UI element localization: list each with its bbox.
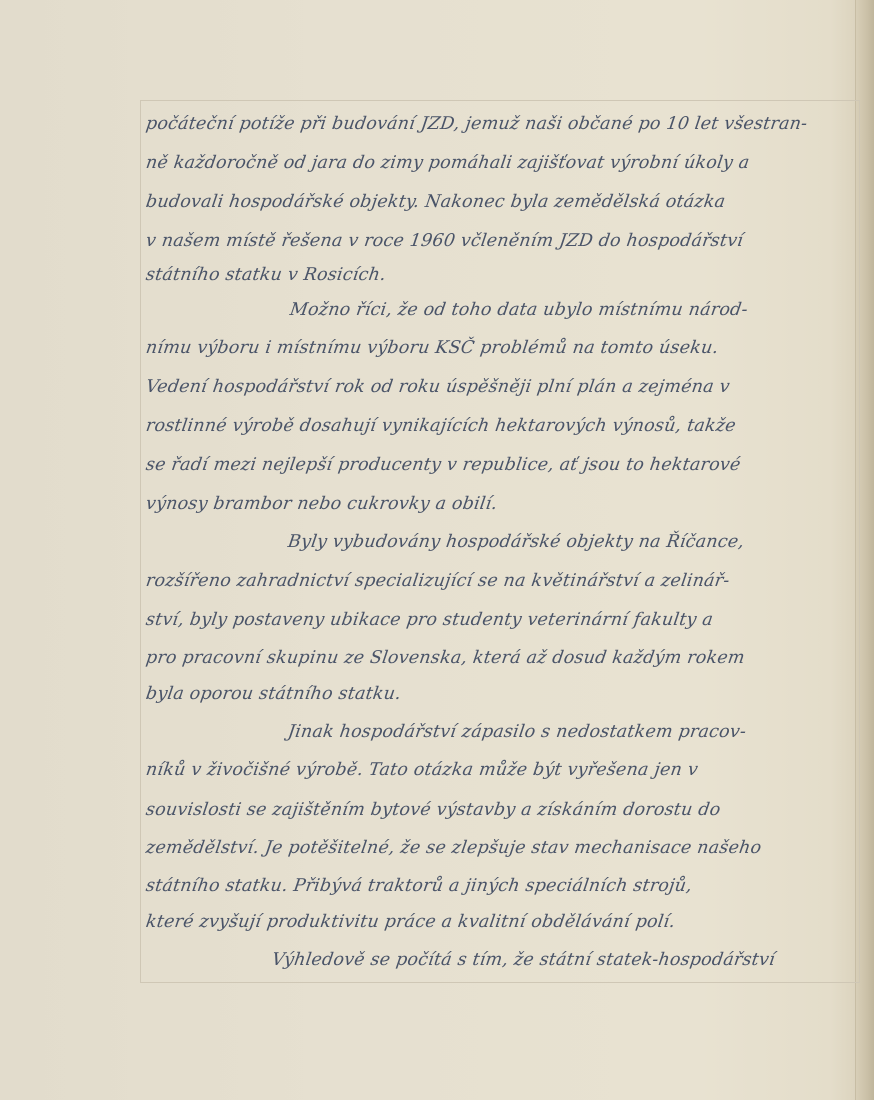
handwritten-line: níků v živočišné výrobě. Tato otázka můž… xyxy=(145,760,863,780)
handwritten-line: budovali hospodářské objekty. Nakonec by… xyxy=(145,192,863,212)
handwritten-line: Vedení hospodářství rok od roku úspěšněj… xyxy=(145,377,863,397)
handwritten-line: rozšířeno zahradnictví specializující se… xyxy=(145,571,863,591)
handwritten-line: výnosy brambor nebo cukrovky a obilí. xyxy=(145,494,863,514)
handwritten-line: státního statku. Přibývá traktorů a jiný… xyxy=(145,876,863,896)
handwritten-line: ství, byly postaveny ubikace pro student… xyxy=(145,610,863,630)
handwritten-line: státního statku v Rosicích. xyxy=(145,265,863,285)
handwritten-line: souvislosti se zajištěním bytové výstavb… xyxy=(145,800,863,820)
handwritten-line: v našem místě řešena v roce 1960 včleněn… xyxy=(145,231,863,251)
scanned-page: počáteční potíže při budování JZD, jemuž… xyxy=(0,0,874,1100)
handwritten-line: se řadí mezi nejlepší producenty v repub… xyxy=(145,455,863,475)
handwritten-line: které zvyšují produktivitu práce a kvali… xyxy=(145,912,863,932)
handwritten-line: byla oporou státního statku. xyxy=(145,684,863,704)
handwritten-line: pro pracovní skupinu ze Slovenska, která… xyxy=(145,648,863,668)
handwritten-line: rostlinné výrobě dosahují vynikajících h… xyxy=(145,416,863,436)
handwritten-line: zemědělství. Je potěšitelné, že se zlepš… xyxy=(145,838,863,858)
handwritten-line: nímu výboru i místnímu výboru KSČ problé… xyxy=(145,338,863,358)
handwritten-line: Výhledově se počítá s tím, že státní sta… xyxy=(271,950,862,970)
handwritten-line: Jinak hospodářství zápasilo s nedostatke… xyxy=(287,722,862,742)
handwritten-line: Byly vybudovány hospodářské objekty na Ř… xyxy=(287,532,862,552)
handwritten-line: Možno říci, že od toho data ubylo místní… xyxy=(289,300,862,320)
handwritten-line: počáteční potíže při budování JZD, jemuž… xyxy=(145,114,863,134)
handwritten-line: ně každoročně od jara do zimy pomáhali z… xyxy=(145,153,863,173)
